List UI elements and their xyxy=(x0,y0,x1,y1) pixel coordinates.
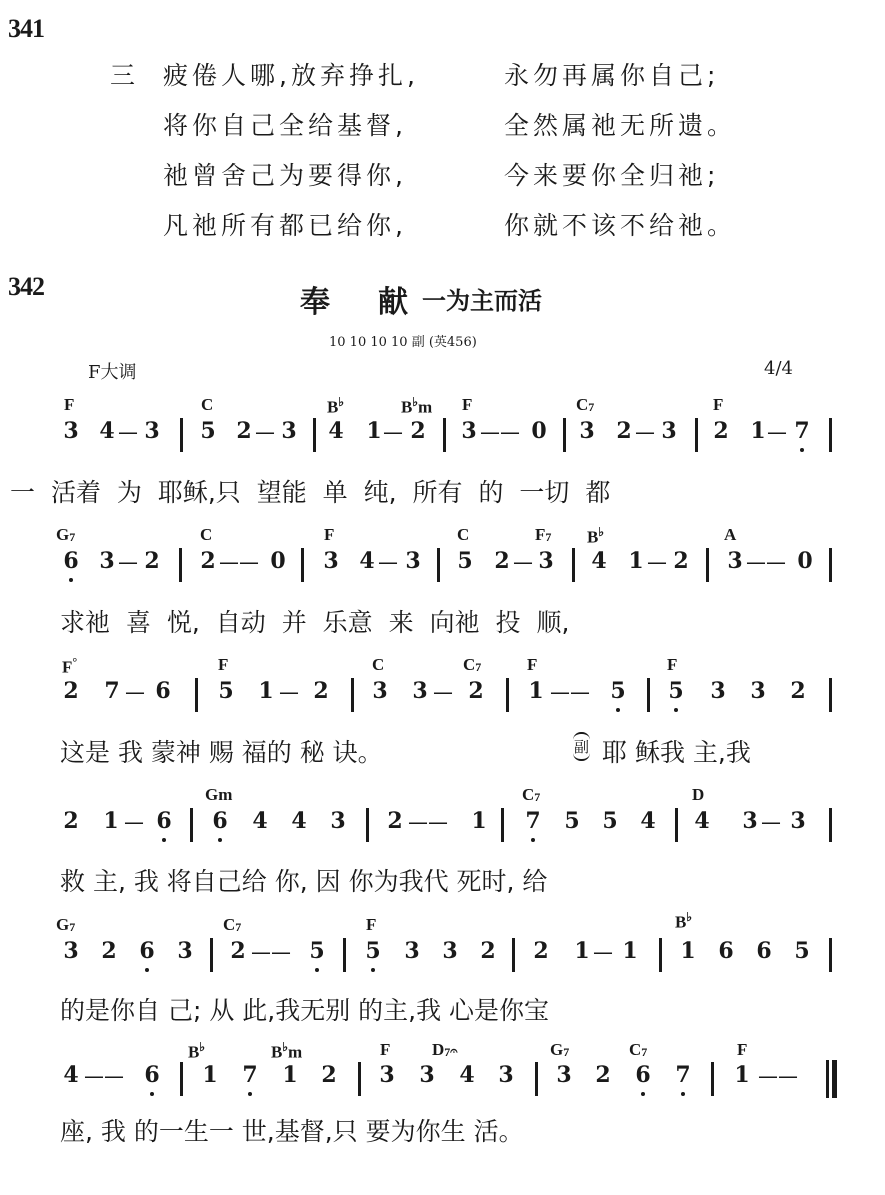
bar-line xyxy=(210,938,213,972)
bar-line xyxy=(506,678,509,712)
dash: — xyxy=(118,550,138,574)
note: 2 xyxy=(62,808,80,834)
note: 2 xyxy=(62,678,80,704)
chord: C7 xyxy=(463,655,481,675)
chord: C xyxy=(372,655,384,675)
dash: — xyxy=(647,550,667,574)
note: 3 xyxy=(441,938,459,964)
note: 2 xyxy=(467,678,485,704)
dash: — xyxy=(255,420,275,444)
bar-line xyxy=(358,1062,361,1096)
note: 4 xyxy=(290,808,308,834)
bar-line xyxy=(572,548,575,582)
bar-line xyxy=(512,938,515,972)
dash: — xyxy=(125,680,145,704)
note: 3 xyxy=(578,418,596,444)
note: 3 xyxy=(403,938,421,964)
bar-line xyxy=(179,548,182,582)
note: 5 xyxy=(601,808,619,834)
note: 5 xyxy=(456,548,474,574)
chord: C7 xyxy=(223,915,241,935)
bar-line xyxy=(190,808,193,842)
bar-line xyxy=(829,548,832,582)
note: 3 xyxy=(404,548,422,574)
note: 1 xyxy=(749,418,767,444)
note: 3 xyxy=(329,808,347,834)
note-low-octave: 5 xyxy=(364,938,382,964)
chord: G7 xyxy=(56,525,75,545)
note: 4 xyxy=(251,808,269,834)
chord: F xyxy=(527,655,537,675)
dash: —— xyxy=(84,1064,124,1088)
chord: D xyxy=(692,785,704,805)
note-low-octave: 7 xyxy=(241,1062,259,1088)
note: 2 xyxy=(672,548,690,574)
note: 5 xyxy=(793,938,811,964)
note: 3 xyxy=(62,938,80,964)
note: 3 xyxy=(555,1062,573,1088)
note: 6 xyxy=(755,938,773,964)
bar-line xyxy=(647,678,650,712)
note: 4 xyxy=(693,808,711,834)
title-char-1: 奉 xyxy=(300,277,330,321)
dash: — xyxy=(124,810,144,834)
dash: — xyxy=(118,420,138,444)
note: 3 xyxy=(726,548,744,574)
dash: —— xyxy=(408,810,448,834)
note: 2 xyxy=(409,418,427,444)
bar-line xyxy=(301,548,304,582)
note: 2 xyxy=(199,548,217,574)
note-low-octave: 6 xyxy=(155,808,173,834)
note: 5 xyxy=(563,808,581,834)
chord: F7 xyxy=(535,525,551,545)
note: 3 xyxy=(709,678,727,704)
bar-line xyxy=(443,418,446,452)
bar-line xyxy=(711,1062,714,1096)
lyric-line: 求祂 喜 悦, 自动 并 乐意 来 向祂 投 顺, xyxy=(60,603,569,639)
hymn-number-342: 342 xyxy=(8,272,44,302)
dash: —— xyxy=(550,680,590,704)
verse-line-1-left: 疲倦人哪,放弃挣扎, xyxy=(163,56,419,92)
note: 2 xyxy=(100,938,118,964)
note: 7 xyxy=(103,678,121,704)
dash: — xyxy=(593,940,613,964)
meter-info: 10 10 10 10 副 (英456) xyxy=(329,331,477,350)
chord: B♭ xyxy=(188,1040,205,1063)
note: 1 xyxy=(573,938,591,964)
note: 2 xyxy=(532,938,550,964)
note: 3 xyxy=(143,418,161,444)
chord: C xyxy=(201,395,213,415)
note: 0 xyxy=(530,418,548,444)
note-low-octave: 6 xyxy=(62,548,80,574)
dash: — xyxy=(513,550,533,574)
bar-line xyxy=(829,808,832,842)
dash: —— xyxy=(758,1064,798,1088)
bar-line xyxy=(829,678,832,712)
note: 4 xyxy=(327,418,345,444)
note: 2 xyxy=(235,418,253,444)
note: 1 xyxy=(627,548,645,574)
bar-line xyxy=(706,548,709,582)
dash: — xyxy=(433,680,453,704)
dash: — xyxy=(383,420,403,444)
chord: C xyxy=(457,525,469,545)
title-char-2: 献 xyxy=(378,277,408,321)
chord: F° xyxy=(62,655,77,678)
chord: A xyxy=(724,525,736,545)
lyric-line: 的是你自 己; 从 此,我无别 的主,我 心是你宝 xyxy=(60,991,549,1027)
chord: G7 xyxy=(56,915,75,935)
hymn-number-341: 341 xyxy=(8,14,44,44)
chord: F xyxy=(324,525,334,545)
chord: D7𝄐 xyxy=(432,1040,458,1060)
bar-line xyxy=(535,1062,538,1096)
bar-line xyxy=(180,1062,183,1096)
note-low-octave: 5 xyxy=(609,678,627,704)
bar-line xyxy=(829,418,832,452)
note: 3 xyxy=(660,418,678,444)
note-low-octave: 7 xyxy=(674,1062,692,1088)
chord: C7 xyxy=(576,395,594,415)
chord: F xyxy=(737,1040,747,1060)
title-subtitle: 一为主而活 xyxy=(422,281,542,316)
verse-line-4-right: 你就不该不给祂。 xyxy=(504,206,736,242)
chord: F xyxy=(462,395,472,415)
key-signature: F大调 xyxy=(88,358,137,384)
chord: C xyxy=(200,525,212,545)
note: 2 xyxy=(789,678,807,704)
note: 4 xyxy=(590,548,608,574)
note: 4 xyxy=(458,1062,476,1088)
bar-line xyxy=(437,548,440,582)
note: 1 xyxy=(257,678,275,704)
bar-line xyxy=(343,938,346,972)
chord: B♭ xyxy=(327,395,344,418)
fermata-icon: 𝄐 xyxy=(450,1043,457,1058)
note-low-octave: 6 xyxy=(211,808,229,834)
chord: B♭ xyxy=(675,910,692,933)
note: 4 xyxy=(98,418,116,444)
bar-line xyxy=(366,808,369,842)
lyric-line: 一 活着 为 耶稣,只 望能 单 纯, 所有 的 一切 都 xyxy=(10,473,610,509)
note-low-octave: 6 xyxy=(143,1062,161,1088)
chord: Gm xyxy=(205,785,232,805)
note: 3 xyxy=(749,678,767,704)
stanza-label: 三 xyxy=(110,56,139,92)
note-low-octave: 6 xyxy=(634,1062,652,1088)
note: 4 xyxy=(62,1062,80,1088)
verse-line-2-left: 将你自己全给基督, xyxy=(163,106,407,142)
note: 2 xyxy=(312,678,330,704)
note: 0 xyxy=(796,548,814,574)
dash: — xyxy=(635,420,655,444)
dash: —— xyxy=(480,420,520,444)
note: 1 xyxy=(102,808,120,834)
note: 1 xyxy=(733,1062,751,1088)
note: 6 xyxy=(717,938,735,964)
note: 0 xyxy=(269,548,287,574)
note: 1 xyxy=(281,1062,299,1088)
bar-line xyxy=(695,418,698,452)
note: 3 xyxy=(741,808,759,834)
note: 2 xyxy=(712,418,730,444)
time-signature: 4/4 xyxy=(764,358,793,379)
note-low-octave: 7 xyxy=(524,808,542,834)
bar-line xyxy=(659,938,662,972)
final-bar-line-thin xyxy=(826,1060,829,1098)
note: 3 xyxy=(460,418,478,444)
verse-line-3-right: 今来要你全归祂; xyxy=(504,156,719,192)
chord: B♭ xyxy=(587,525,604,548)
note: 3 xyxy=(418,1062,436,1088)
note: 2 xyxy=(615,418,633,444)
chorus-mark: 副 xyxy=(573,732,590,761)
chord: F xyxy=(366,915,376,935)
dash: — xyxy=(761,810,781,834)
dash: —— xyxy=(251,940,291,964)
bar-line xyxy=(829,938,832,972)
lyric-line: 救 主, 我 将自己给 你, 因 你为我代 死时, 给 xyxy=(60,862,547,898)
chord: G7 xyxy=(550,1040,569,1060)
note-low-octave: 5 xyxy=(308,938,326,964)
note: 3 xyxy=(371,678,389,704)
note: 1 xyxy=(527,678,545,704)
note: 4 xyxy=(358,548,376,574)
verse-line-1-right: 永勿再属你自己; xyxy=(504,56,719,92)
chord: B♭m xyxy=(401,395,432,418)
verse-line-4-left: 凡祂所有都已给你, xyxy=(163,206,407,242)
note: 3 xyxy=(537,548,555,574)
note: 1 xyxy=(365,418,383,444)
note: 2 xyxy=(479,938,497,964)
verse-line-3-left: 祂曾舍己为要得你, xyxy=(163,156,407,192)
note: 6 xyxy=(154,678,172,704)
lyric-line-part-1: 这是 我 蒙神 赐 福的 秘 诀。 xyxy=(60,733,383,769)
chord: F xyxy=(218,655,228,675)
note: 3 xyxy=(789,808,807,834)
note: 3 xyxy=(98,548,116,574)
chord: F xyxy=(380,1040,390,1060)
chord: C7 xyxy=(522,785,540,805)
note: 3 xyxy=(176,938,194,964)
chord: B♭m xyxy=(271,1040,302,1063)
dash: — xyxy=(279,680,299,704)
note: 2 xyxy=(493,548,511,574)
dash: — xyxy=(378,550,398,574)
chord: F xyxy=(64,395,74,415)
note: 3 xyxy=(497,1062,515,1088)
bar-line xyxy=(180,418,183,452)
note: 2 xyxy=(320,1062,338,1088)
dash: —— xyxy=(219,550,259,574)
note: 1 xyxy=(470,808,488,834)
final-bar-line-thick xyxy=(832,1060,837,1098)
dash: —— xyxy=(746,550,786,574)
bar-line xyxy=(675,808,678,842)
note: 5 xyxy=(199,418,217,444)
note: 3 xyxy=(280,418,298,444)
dash: — xyxy=(767,420,787,444)
note: 3 xyxy=(378,1062,396,1088)
note: 2 xyxy=(143,548,161,574)
note: 2 xyxy=(229,938,247,964)
lyric-line-part-2: 耶 稣我 主,我 xyxy=(602,733,751,769)
bar-line xyxy=(563,418,566,452)
note: 1 xyxy=(621,938,639,964)
chord: F xyxy=(667,655,677,675)
verse-line-2-right: 全然属祂无所遗。 xyxy=(504,106,736,142)
note-low-octave: 7 xyxy=(793,418,811,444)
bar-line xyxy=(351,678,354,712)
bar-line xyxy=(195,678,198,712)
note: 1 xyxy=(679,938,697,964)
note: 3 xyxy=(322,548,340,574)
note: 5 xyxy=(217,678,235,704)
note: 2 xyxy=(594,1062,612,1088)
note-low-octave: 6 xyxy=(138,938,156,964)
note: 2 xyxy=(386,808,404,834)
note: 4 xyxy=(639,808,657,834)
lyric-line: 座, 我 的一生一 世,基督,只 要为你生 活。 xyxy=(60,1112,524,1148)
note: 1 xyxy=(201,1062,219,1088)
note: 3 xyxy=(411,678,429,704)
note-low-octave: 5 xyxy=(667,678,685,704)
note: 3 xyxy=(62,418,80,444)
chord: F xyxy=(713,395,723,415)
chord: C7 xyxy=(629,1040,647,1060)
bar-line xyxy=(501,808,504,842)
bar-line xyxy=(313,418,316,452)
